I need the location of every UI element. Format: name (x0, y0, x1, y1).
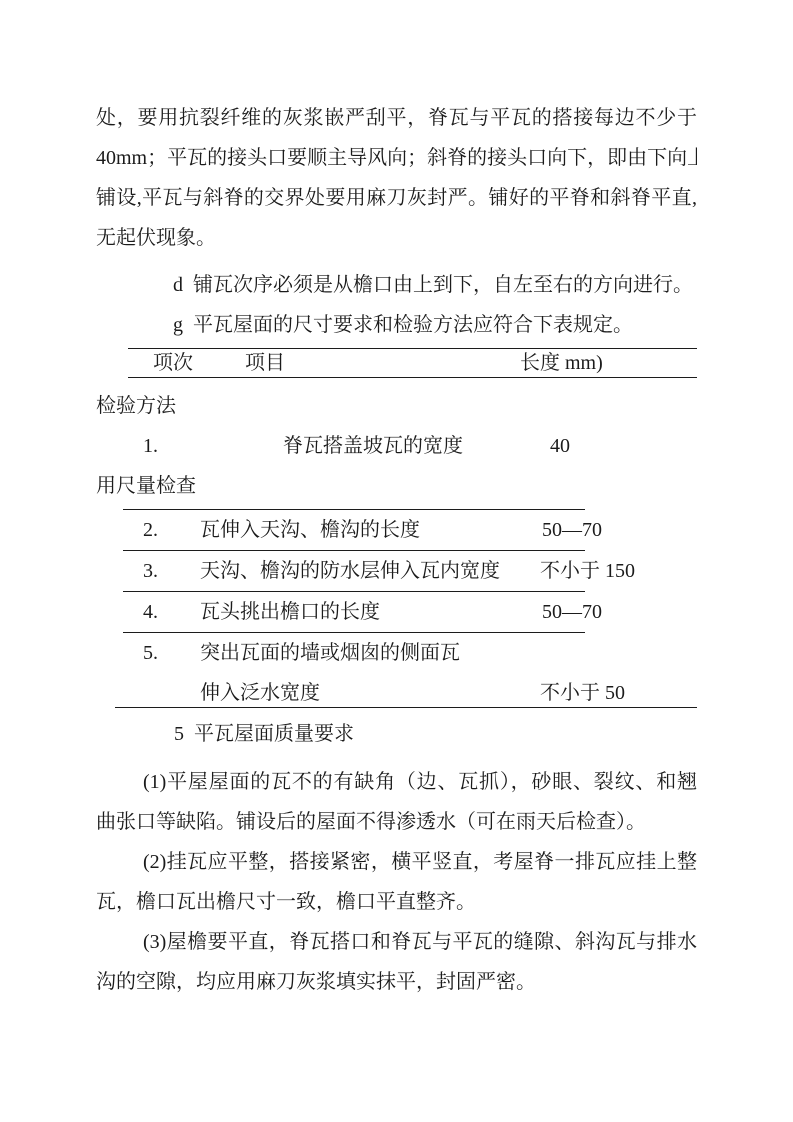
paragraph-line: (3)屋檐要平直，脊瓦搭口和脊瓦与平瓦的缝隙、斜沟瓦与排水 (96, 922, 697, 962)
paragraph-line: 铺设,平瓦与斜脊的交界处要用麻刀灰封严。铺好的平脊和斜脊平直, (96, 178, 697, 218)
paragraph-line: 无起伏现象。 (96, 218, 697, 258)
column-header-index: 项次 (153, 349, 193, 377)
document-page: 处，要用抗裂纤维的灰浆嵌严刮平，脊瓦与平瓦的搭接每边不少于 40mm；平瓦的接头… (0, 0, 793, 1122)
row-item: 瓦伸入天沟、檐沟的长度 (200, 510, 420, 550)
row-item: 天沟、檐沟的防水层伸入瓦内宽度 (200, 551, 500, 591)
row-value: 50—70 (542, 592, 602, 632)
inspect-method-label: 检验方法 (96, 386, 697, 426)
row-value: 不小于 150 (540, 551, 635, 591)
paragraph-line: 沟的空隙，均应用麻刀灰浆填实抹平，封固严密。 (96, 962, 697, 1002)
row-item: 脊瓦搭盖坡瓦的宽度 (283, 426, 463, 466)
row-value: 40 (550, 426, 570, 466)
paragraph-line: 曲张口等缺陷。铺设后的屋面不得渗透水（可在雨天后检查）。 (96, 802, 697, 842)
paragraph-line: 处，要用抗裂纤维的灰浆嵌严刮平，脊瓦与平瓦的搭接每边不少于 (96, 98, 697, 138)
table-row-continued: 伸入泛水宽度 不小于 50 (96, 673, 697, 713)
list-item-g: g 平瓦屋面的尺寸要求和检验方法应符合下表规定。 (96, 305, 697, 345)
document-body: 处，要用抗裂纤维的灰浆嵌严刮平，脊瓦与平瓦的搭接每边不少于 40mm；平瓦的接头… (96, 98, 697, 1002)
list-item-d: d 铺瓦次序必须是从檐口由上到下，自左至右的方向进行。 (96, 265, 697, 305)
row-number: 2. (143, 510, 158, 550)
column-header-item: 项目 (245, 349, 285, 377)
table-row: 1. 脊瓦搭盖坡瓦的宽度 40 (96, 426, 697, 466)
paragraph-line: 瓦，檐口瓦出檐尺寸一致，檐口平直整齐。 (96, 882, 697, 922)
paragraph-line: (2)挂瓦应平整，搭接紧密，横平竖直，考屋脊一排瓦应挂上整 (96, 842, 697, 882)
row-item: 瓦头挑出檐口的长度 (200, 592, 380, 632)
row-item: 突出瓦面的墙或烟囱的侧面瓦 (200, 633, 460, 673)
measure-note: 用尺量检查 (96, 466, 697, 506)
paragraph-line: (1)平屋屋面的瓦不的有缺角（边、瓦抓），砂眼、裂纹、和翘 (96, 762, 697, 802)
table-row: 3. 天沟、檐沟的防水层伸入瓦内宽度 不小于 150 (96, 551, 697, 591)
column-header-length: 长度 mm) (520, 349, 603, 377)
row-number: 5. (143, 633, 158, 673)
row-number: 3. (143, 551, 158, 591)
row-number: 1. (143, 426, 158, 466)
table-row: 5. 突出瓦面的墙或烟囱的侧面瓦 (96, 633, 697, 673)
row-value: 50—70 (542, 510, 602, 550)
table-row: 4. 瓦头挑出檐口的长度 50—70 (96, 592, 697, 632)
table-header-row: 项次 项目 长度 mm) (128, 348, 697, 378)
paragraph-line: 40mm；平瓦的接头口要顺主导风向；斜脊的接头口向下，即由下向上 (96, 138, 697, 178)
spec-table: 项次 项目 长度 mm) 检验方法 1. 脊瓦搭盖坡瓦的宽度 40 用尺量检查 … (96, 348, 697, 708)
row-item: 伸入泛水宽度 (200, 673, 320, 713)
section-heading: 5 平瓦屋面质量要求 (96, 714, 697, 754)
row-value: 不小于 50 (540, 673, 625, 713)
table-row: 2. 瓦伸入天沟、檐沟的长度 50—70 (96, 510, 697, 550)
row-number: 4. (143, 592, 158, 632)
